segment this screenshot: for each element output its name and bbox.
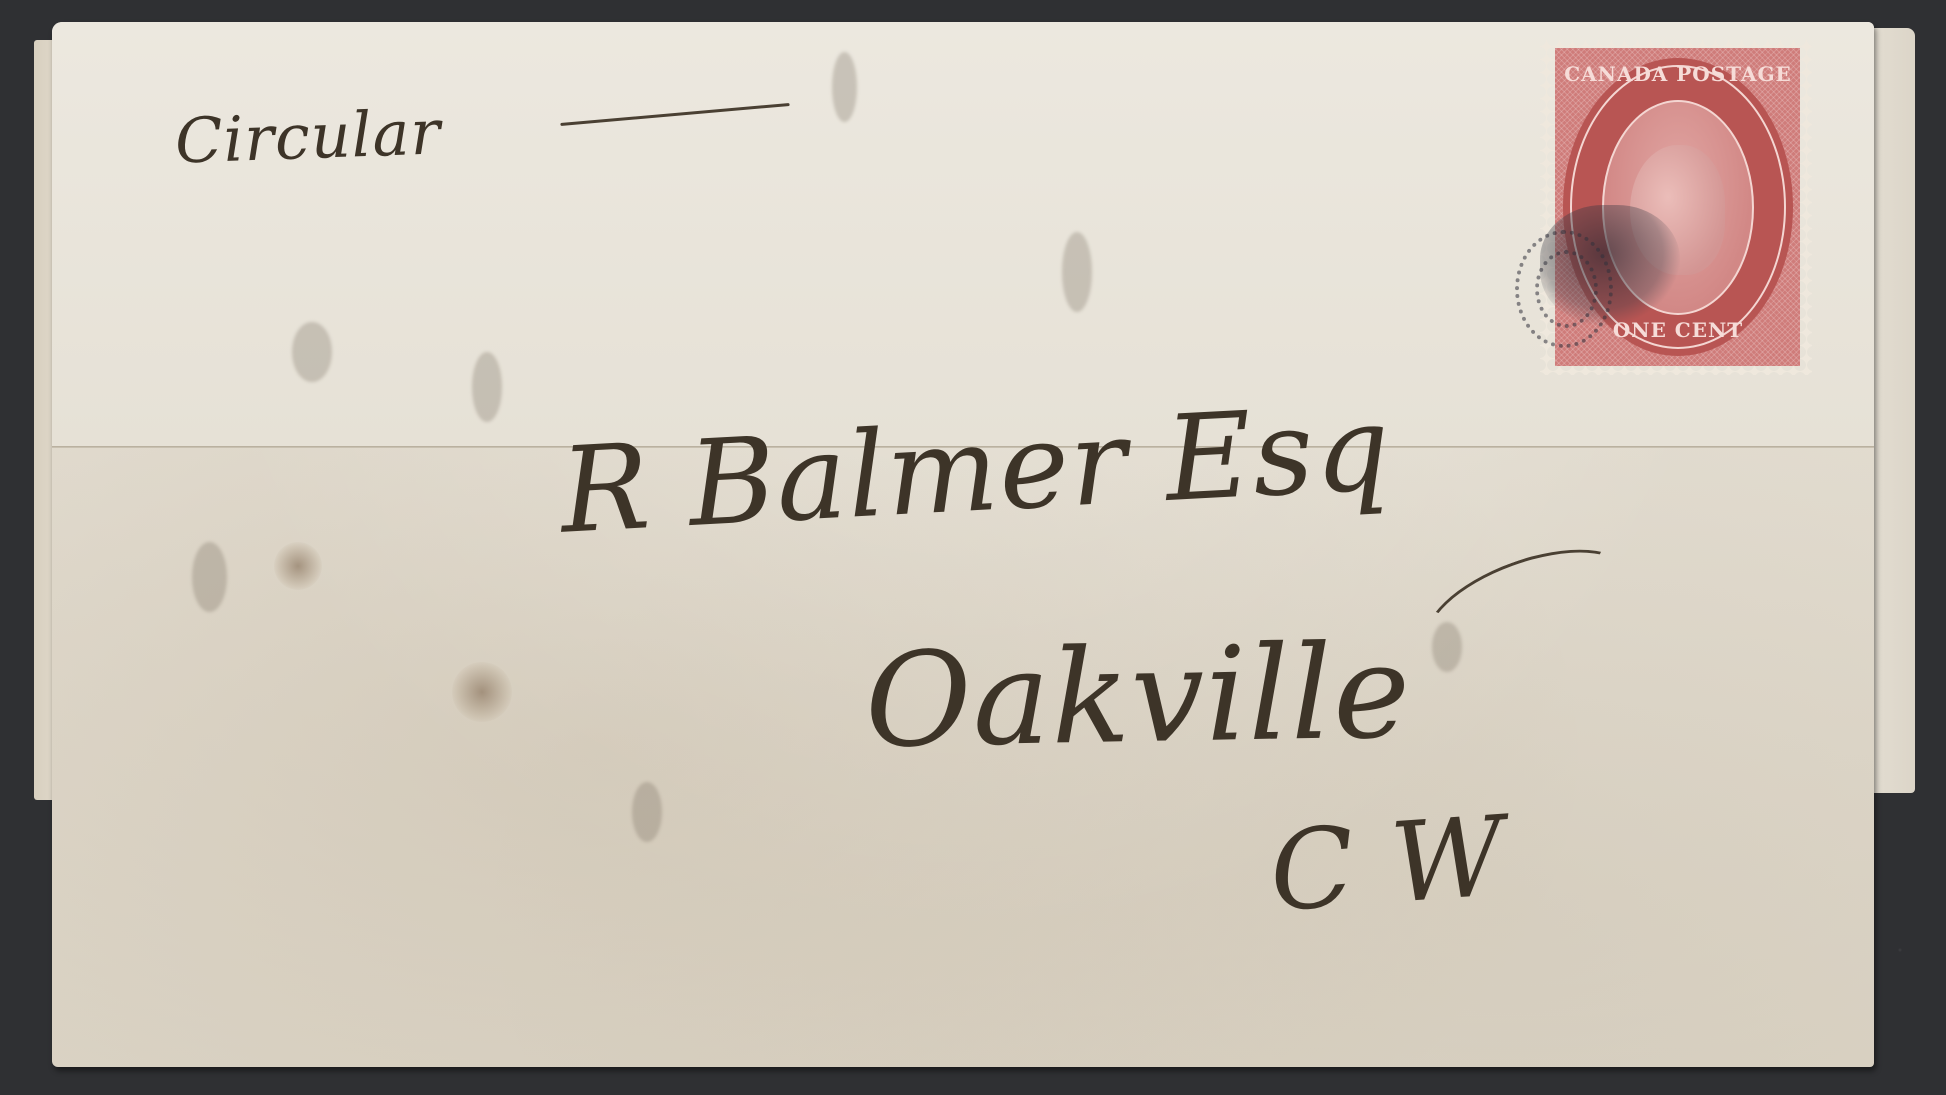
stain-spot (452, 662, 512, 722)
foxing-spot (1062, 232, 1092, 312)
annotation-circular: Circular (174, 95, 442, 177)
foxing-spot (192, 542, 227, 612)
cancellation-ring (1535, 250, 1598, 328)
foxing-spot (632, 782, 662, 842)
stain-spot (274, 542, 322, 590)
foxing-spot (472, 352, 502, 422)
foxing-spot (292, 322, 332, 382)
address-city: Oakville (864, 615, 1413, 777)
foxing-spot (832, 52, 857, 122)
stamp-text-top: CANADA POSTAGE (1563, 62, 1793, 86)
address-province: C W (1266, 792, 1510, 936)
